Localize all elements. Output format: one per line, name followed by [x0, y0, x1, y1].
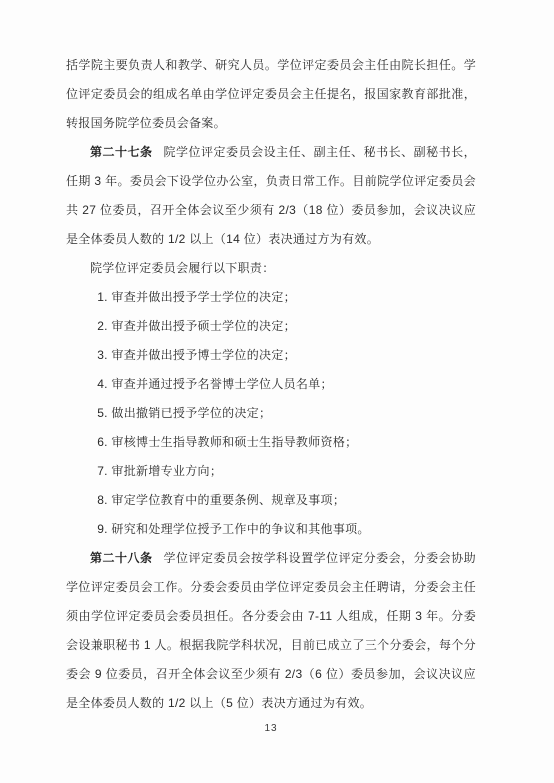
article-number-label: 第二十八条 [90, 551, 153, 565]
duty-list-item: 7. 审批新增专业方向； [66, 457, 476, 486]
duty-list-item: 1. 审查并做出授予学士学位的决定； [66, 283, 476, 312]
article-body-text: 院学位评定委员会设主任、副主任、秘书长、副秘书长，任期 3 年。委员会下设学位办… [66, 145, 476, 246]
page-number: 13 [66, 722, 476, 736]
page-body: 括学院主要负责人和教学、研究人员。学位评定委员会主任由院长担任。学位评定委员会的… [66, 51, 476, 718]
duty-list-item: 5. 做出撤销已授予学位的决定； [66, 399, 476, 428]
duty-list-item: 4. 审查并通过授予名誉博士学位人员名单； [66, 370, 476, 399]
duty-list-item: 3. 审查并做出授予博士学位的决定； [66, 341, 476, 370]
body-paragraph: 括学院主要负责人和教学、研究人员。学位评定委员会主任由院长担任。学位评定委员会的… [66, 51, 476, 138]
duty-list-item: 9. 研究和处理学位授予工作中的争议和其他事项。 [66, 515, 476, 544]
article-paragraph: 第二十八条学位评定委员会按学科设置学位评定分委会，分委会协助学位评定委员会工作。… [66, 544, 476, 718]
document-page: 括学院主要负责人和教学、研究人员。学位评定委员会主任由院长担任。学位评定委员会的… [0, 0, 554, 783]
duty-list-item: 2. 审查并做出授予硕士学位的决定； [66, 312, 476, 341]
body-paragraph: 院学位评定委员会履行以下职责： [66, 254, 476, 283]
duty-list-item: 6. 审核博士生指导教师和硕士生指导教师资格； [66, 428, 476, 457]
article-number-label: 第二十七条 [90, 145, 153, 159]
article-body-text: 学位评定委员会按学科设置学位评定分委会，分委会协助学位评定委员会工作。分委会委员… [66, 551, 476, 710]
article-paragraph: 第二十七条院学位评定委员会设主任、副主任、秘书长、副秘书长，任期 3 年。委员会… [66, 138, 476, 254]
duty-list-item: 8. 审定学位教育中的重要条例、规章及事项； [66, 486, 476, 515]
